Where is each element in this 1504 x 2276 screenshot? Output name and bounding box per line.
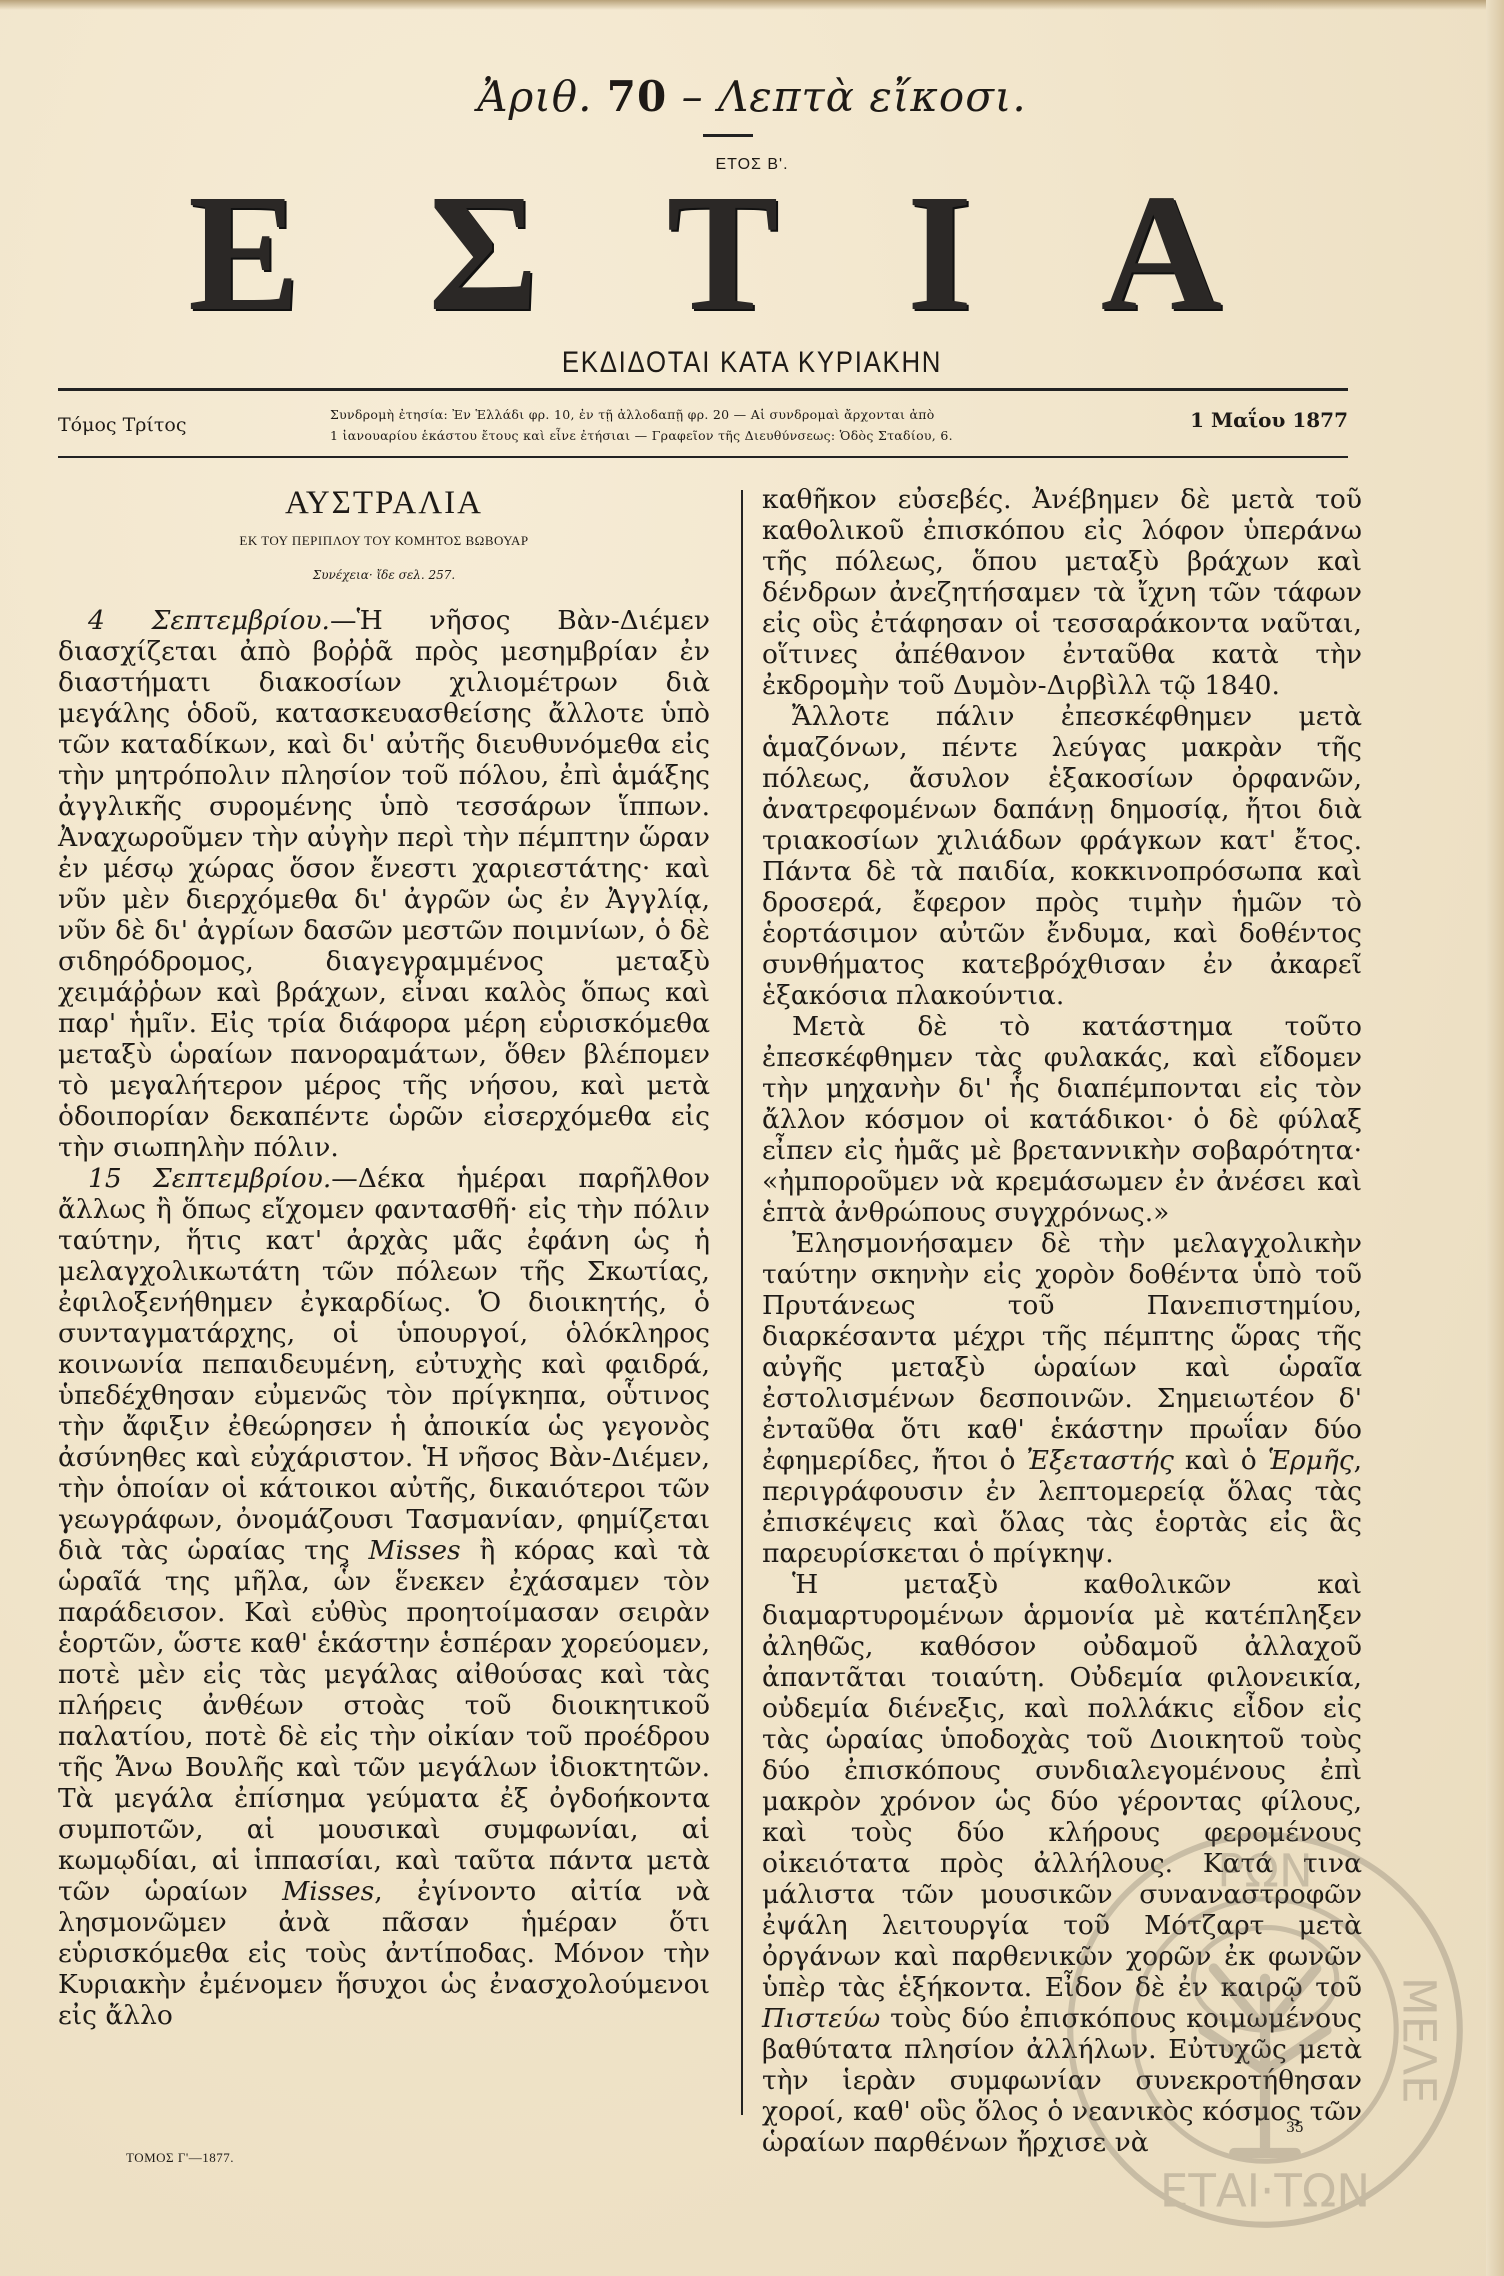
entry-date: 15 Σεπτεμβρίου. <box>88 1163 331 1194</box>
masthead-title: Ε Σ Τ Ι Α <box>188 188 1228 318</box>
article-paragraph: Ἡ μεταξὺ καθολικῶν καὶ διαμαρτυρομένων ἁ… <box>762 1569 1362 2158</box>
article-paragraph: Ἄλλοτε πάλιν ἐπεσκέφθημεν μετὰ ἁμαζόνων,… <box>762 701 1362 1011</box>
masthead-subtitle: ΕΚΔΙΔΟΤΑΙ ΚΑΤΑ ΚΥΡΙΑΚΗΝ <box>105 346 1398 380</box>
publication-info-row: Τόμος Τρίτος Συνδρομὴ ἐτησία: Ἐν Ἑλλάδι … <box>58 404 1348 448</box>
masthead-letter: Σ <box>428 188 544 318</box>
scan-top-shadow <box>0 0 1504 10</box>
article-paragraph: καθῆκον εὐσεβές. Ἀνέβημεν δὲ μετὰ τοῦ κα… <box>762 484 1362 701</box>
masthead-letter: Ε <box>188 188 306 318</box>
subscription-line: 1 ἰανουαρίου ἑκάστου ἔτους καὶ εἶνε ἐτήσ… <box>330 425 953 446</box>
entry-date: 4 Σεπτεμβρίου. <box>88 605 330 636</box>
subscription-line: Συνδρομὴ ἐτησία: Ἐν Ἑλλάδι φρ. 10, ἐν τῇ… <box>330 404 953 425</box>
right-column: καθῆκον εὐσεβές. Ἀνέβημεν δὲ μετὰ τοῦ κα… <box>762 484 1362 2158</box>
issue-price-line: Ἀριθ. 70 – Λεπτὰ εἴκοσι. <box>0 72 1504 121</box>
issue-number: 70 <box>607 72 667 121</box>
newspaper-page: Ἀριθ. 70 – Λεπτὰ εἴκοσι. ΕΤΟΣ Β'. Ε Σ Τ … <box>0 0 1504 2276</box>
masthead-letter: Ι <box>907 188 978 318</box>
short-divider <box>703 134 753 137</box>
issue-price: – Λεπτὰ εἴκοσι. <box>682 72 1027 121</box>
svg-text:ΕΤΑΙ·ΤΩΝ: ΕΤΑΙ·ΤΩΝ <box>1160 2164 1370 2217</box>
column-divider <box>741 490 743 2115</box>
masthead-letter: Α <box>1101 188 1228 318</box>
article-paragraph: Μετὰ δὲ τὸ κατάστημα τοῦτο ἐπεσκέφθημεν … <box>762 1011 1362 1228</box>
article-paragraph: 15 Σεπτεμβρίου.—Δέκα ἡμέραι παρῆλθον ἄλλ… <box>58 1163 710 2031</box>
article-title: ΑΥΣΤΡΑΛΙΑ <box>58 488 710 519</box>
subscription-info: Συνδρομὴ ἐτησία: Ἐν Ἑλλάδι φρ. 10, ἐν τῇ… <box>330 404 953 446</box>
article-paragraph: Ἐλησμονήσαμεν δὲ τὴν μελαγχολικὴν ταύτην… <box>762 1228 1362 1569</box>
volume-label: Τόμος Τρίτος <box>58 414 186 436</box>
page-number: 35 <box>1286 2120 1304 2136</box>
page-edge <box>1486 0 1504 2276</box>
issue-prefix: Ἀριθ. <box>477 72 592 121</box>
footer-volume-line: ΤΟΜΟΣ Γ'—1877. <box>126 2150 234 2166</box>
issue-date: 1 Μαΐου 1877 <box>1190 408 1348 432</box>
header-rule-top <box>58 388 1348 391</box>
left-column: ΑΥΣΤΡΑΛΙΑ ΕΚ ΤΟΥ ΠΕΡΙΠΛΟΥ ΤΟΥ ΚΟΜΗΤΟΣ ΒΩ… <box>58 484 710 2031</box>
article-paragraph: 4 Σεπτεμβρίου.—Ἡ νῆσος Βὰν-Διέμεν διασχί… <box>58 605 710 1163</box>
masthead-letter: Τ <box>667 188 785 318</box>
article-continuation-note: Συνέχεια· ἴδε σελ. 257. <box>58 560 710 591</box>
article-subtitle: ΕΚ ΤΟΥ ΠΕΡΙΠΛΟΥ ΤΟΥ ΚΟΜΗΤΟΣ ΒΩΒΟΥΑΡ <box>58 525 710 556</box>
svg-text:ΜΕΛΕ: ΜΕΛΕ <box>1392 1977 1445 2104</box>
header-rule-bottom <box>58 456 1348 458</box>
